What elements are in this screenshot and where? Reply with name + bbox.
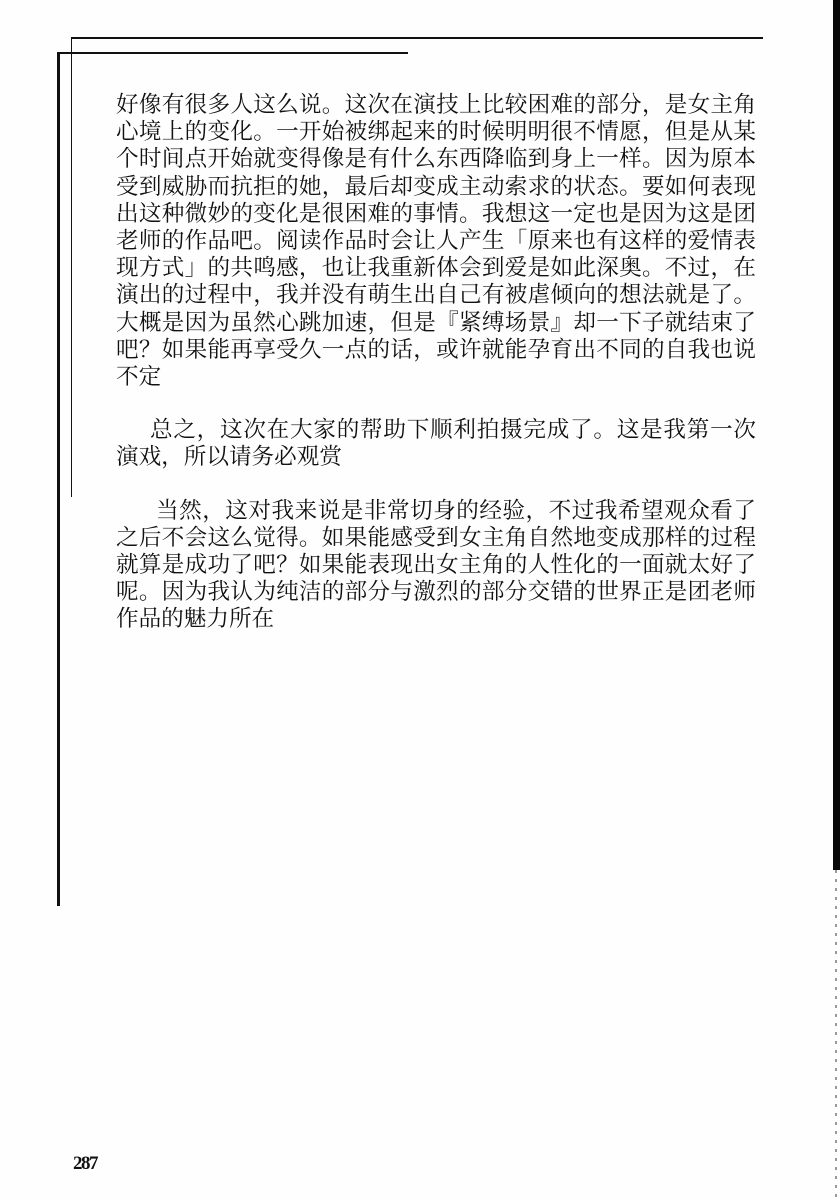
body-text: 好像有很多人这么说。这次在演技上比较困难的部分，是女主角心境上的变化。一开始被绑…: [116, 92, 756, 634]
scan-edge-speckle: [835, 870, 837, 1200]
top-inner-rule: [58, 52, 408, 54]
left-outer-rule: [57, 52, 60, 906]
page-number: 287: [73, 1153, 97, 1175]
paragraph-2: 总之，这次在大家的帮助下顺利拍摄完成了。这是我第一次演戏，所以请务必观赏: [116, 417, 756, 471]
paragraph-3: 当然，这对我来说是非常切身的经验，不过我希望观众看了之后不会这么觉得。如果能感受…: [116, 498, 756, 634]
scan-edge-shadow: [833, 0, 840, 870]
paragraph-1: 好像有很多人这么说。这次在演技上比较困难的部分，是女主角心境上的变化。一开始被绑…: [116, 92, 756, 391]
top-outer-rule: [71, 37, 763, 39]
left-inner-rule: [71, 37, 72, 497]
book-page: 好像有很多人这么说。这次在演技上比较困难的部分，是女主角心境上的变化。一开始被绑…: [0, 0, 840, 1200]
